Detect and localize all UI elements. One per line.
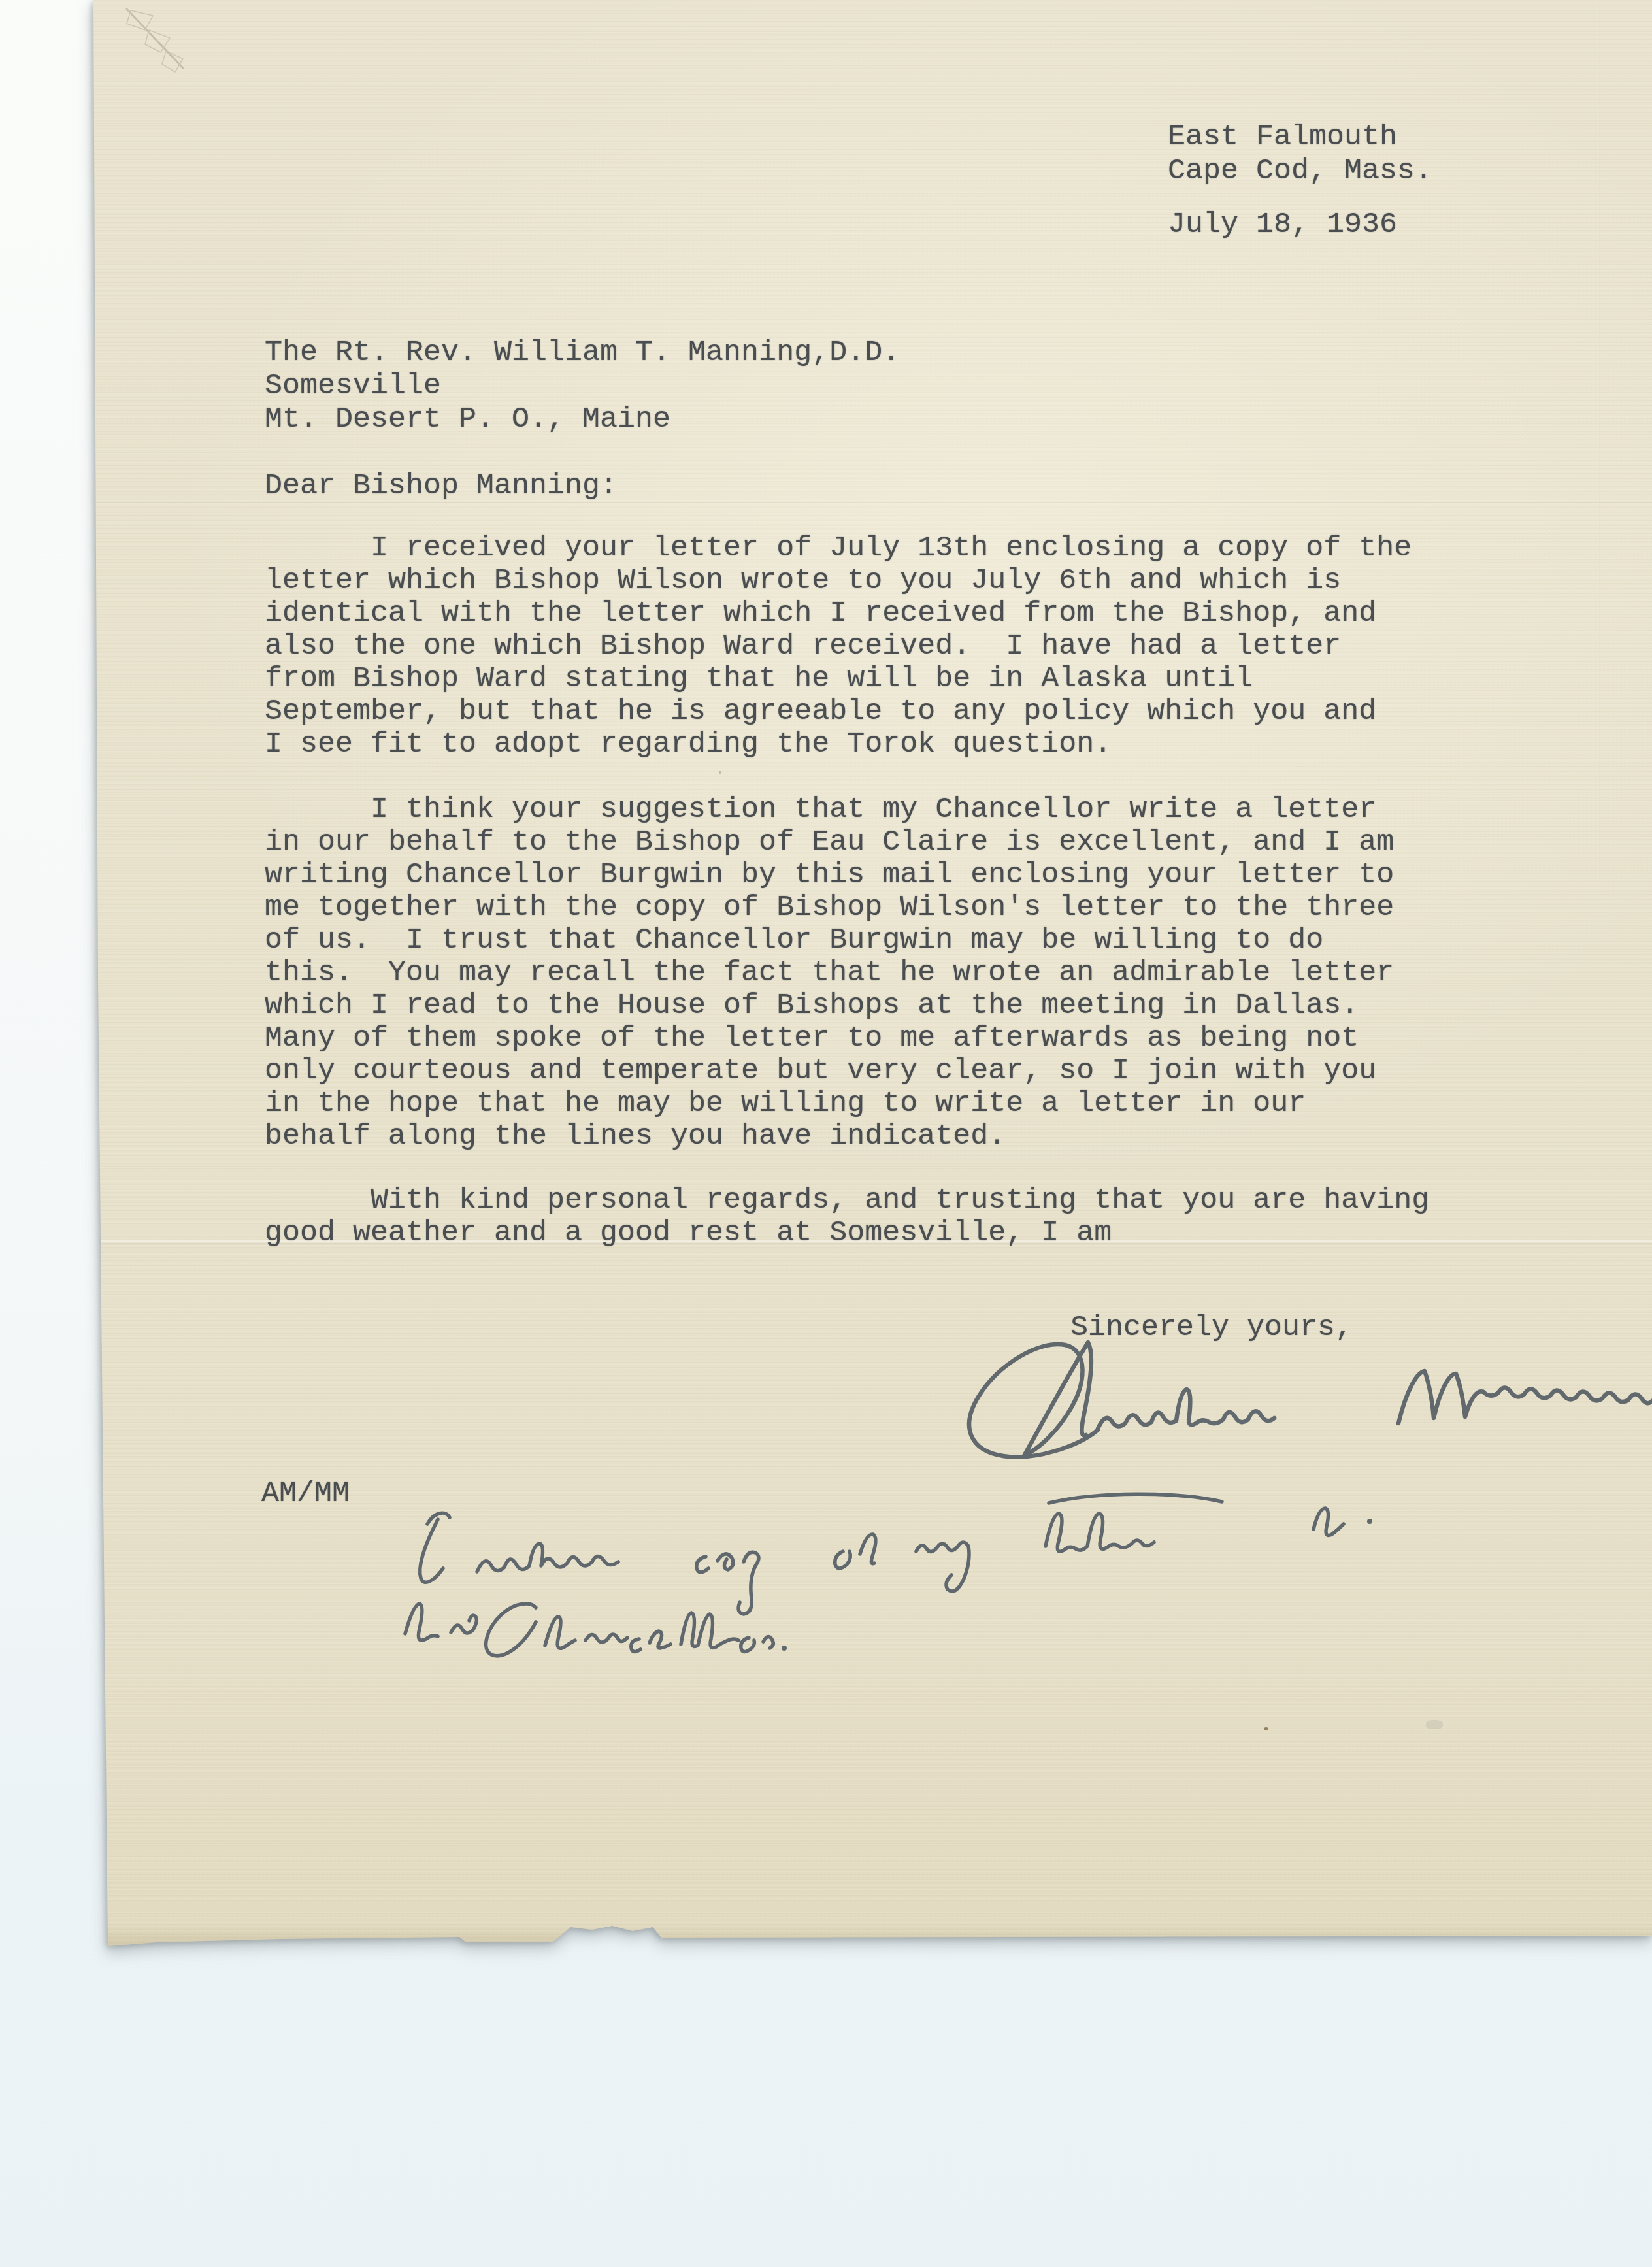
signature-script [941, 1325, 1652, 1463]
scanned-letter-page: East Falmouth Cape Cod, Mass. July 18, 1… [0, 0, 1652, 2267]
paragraph-2: I think your suggestion that my Chancell… [265, 793, 1572, 1153]
sender-location: East Falmouth Cape Cod, Mass. [1168, 120, 1432, 188]
letter-date: July 18, 1936 [1168, 208, 1397, 241]
paper-tear [105, 0, 216, 85]
tiny-speck [719, 771, 721, 774]
letter-paper: East Falmouth Cape Cod, Mass. July 18, 1… [0, 0, 1652, 1950]
postscript-script [386, 1483, 1405, 1680]
foxing-speck [1264, 1727, 1268, 1730]
fold-crease-vertical [1598, 0, 1600, 882]
salutation: Dear Bishop Manning: [265, 470, 618, 503]
paper-bottom-edge-shade [0, 1924, 1652, 1946]
typist-initials: AM/MM [261, 1478, 350, 1510]
paragraph-1: I received your letter of July 13th encl… [265, 532, 1572, 761]
paper-shadow-wrap: East Falmouth Cape Cod, Mass. July 18, 1… [0, 0, 1652, 2267]
faint-smudge [1426, 1720, 1443, 1729]
paragraph-3: With kind personal regards, and trusting… [265, 1184, 1572, 1249]
recipient-address: The Rt. Rev. William T. Manning,D.D. Som… [265, 336, 900, 436]
